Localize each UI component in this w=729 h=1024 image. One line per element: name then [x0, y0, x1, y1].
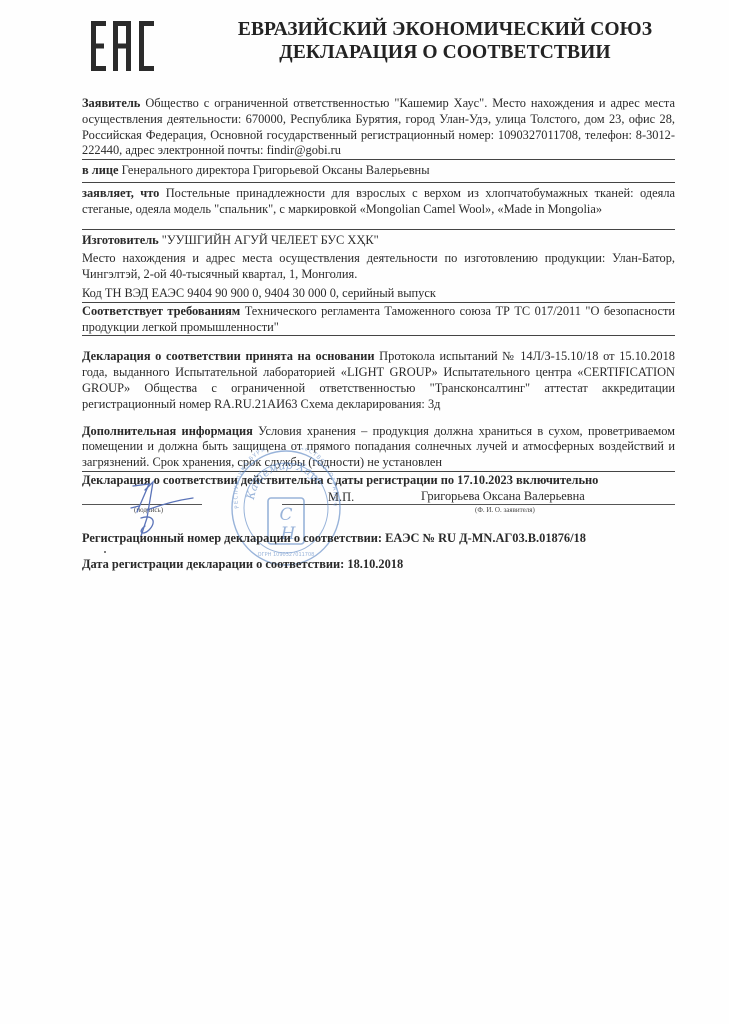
company-stamp-icon: Кашемир Хаус РЕСПУБЛИКА БУРЯТИЯ · ОБЩЕСТ… — [230, 448, 342, 566]
ink-dot — [104, 551, 106, 553]
signature-block: (подпись) М.П. Григорьева Оксана Валерье… — [82, 468, 675, 528]
signer-name: Григорьева Оксана Валерьевна — [421, 489, 585, 504]
title-union: ЕВРАЗИЙСКИЙ ЭКОНОМИЧЕСКИЙ СОЮЗ — [210, 18, 680, 41]
registration-number-value: ЕАЭС № RU Д-MN.АГ03.В.01876/18 — [385, 531, 586, 545]
svg-text:Кашемир Хаус: Кашемир Хаус — [244, 459, 326, 502]
additional-info-section: Дополнительная информация Условия хранен… — [82, 424, 675, 471]
declaration-page: ЕВРАЗИЙСКИЙ ЭКОНОМИЧЕСКИЙ СОЮЗ ДЕКЛАРАЦИ… — [0, 0, 729, 1024]
document-title: ЕВРАЗИЙСКИЙ ЭКОНОМИЧЕСКИЙ СОЮЗ ДЕКЛАРАЦИ… — [210, 18, 680, 64]
manufacturer-address: Место нахождения и адрес места осуществл… — [82, 251, 675, 283]
basis-label: Декларация о соответствии принята на осн… — [82, 349, 375, 363]
eac-mark-icon — [91, 21, 155, 71]
applicant-text: Общество с ограниченной ответственностью… — [82, 96, 675, 157]
additional-info-label: Дополнительная информация — [82, 424, 253, 438]
compliance-label: Соответствует требованиям — [82, 304, 240, 318]
signer-name-line — [402, 504, 675, 505]
applicant-label: Заявитель — [82, 96, 140, 110]
declaration-body: Заявитель Общество с ограниченной ответс… — [82, 96, 675, 489]
signer-caption: (Ф. И. О. заявителя) — [475, 506, 535, 514]
represented-by-label: в лице — [82, 163, 119, 177]
svg-text:С: С — [279, 505, 292, 525]
registration-number: Регистрационный номер декларации о соотв… — [82, 531, 586, 546]
manufacturer-section: Изготовитель "УУШГИЙН АГУЙ ЧЕЛЕЕТ БУС ХҲ… — [82, 233, 675, 302]
declares-section: заявляет, что Постельные принадлежности … — [82, 186, 675, 218]
basis-section: Декларация о соответствии принята на осн… — [82, 349, 675, 412]
manufacturer-name: "УУШГИЙН АГУЙ ЧЕЛЕЕТ БУС ХҲК" — [159, 233, 379, 247]
declares-text: Постельные принадлежности для взрослых с… — [82, 186, 675, 216]
registration-date: Дата регистрации декларации о соответств… — [82, 557, 403, 572]
registration-number-label: Регистрационный номер декларации о соотв… — [82, 531, 382, 545]
represented-by-section: в лице Генерального директора Григорьево… — [82, 163, 675, 179]
title-declaration: ДЕКЛАРАЦИЯ О СООТВЕТСТВИИ — [210, 41, 680, 64]
registration-date-label: Дата регистрации декларации о соответств… — [82, 557, 344, 571]
compliance-section: Соответствует требованиям Технического р… — [82, 304, 675, 336]
registration-date-value: 18.10.2018 — [347, 557, 403, 571]
applicant-section: Заявитель Общество с ограниченной ответс… — [82, 96, 675, 159]
commodity-code: Код ТН ВЭД ЕАЭС 9404 90 900 0, 9404 30 0… — [82, 286, 675, 302]
declares-label: заявляет, что — [82, 186, 159, 200]
represented-by-text: Генерального директора Григорьевой Оксан… — [119, 163, 430, 177]
manufacturer-label: Изготовитель — [82, 233, 159, 247]
